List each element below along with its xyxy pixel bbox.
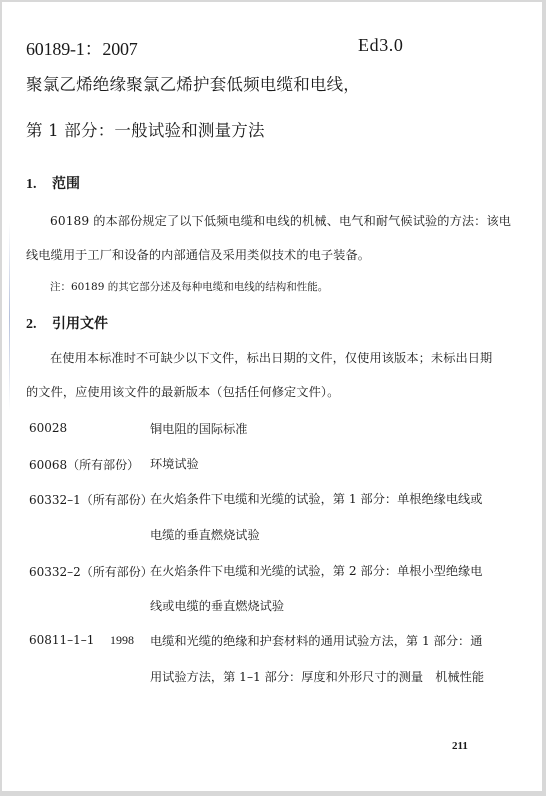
reference-description-line-1: 在火焰条件下电缆和光缆的试验，第 1 部分：单根绝缘电线或 [150, 490, 482, 507]
section-number: 1. [26, 177, 52, 193]
reference-id: 60332–1（所有部份） [29, 491, 153, 508]
document-title-line-2: 第 1 部分：一般试验和测量方法 [26, 117, 265, 141]
reference-id: 60068（所有部份） [29, 456, 139, 473]
reference-description-line-2: 线或电缆的垂直燃烧试验 [150, 597, 284, 614]
section-title: 范围 [52, 176, 80, 192]
section-title: 引用文件 [52, 316, 108, 332]
reference-description: 铜电阻的国际标准 [150, 420, 248, 437]
reference-description: 环境试验 [150, 455, 199, 472]
document-title-line-1: 聚氯乙烯绝缘聚氯乙烯护套低频电缆和电线， [26, 71, 360, 95]
reference-id: 60028 [29, 421, 67, 435]
scope-paragraph-line-2: 线电缆用于工厂和设备的内部通信及采用类似技术的电子装备。 [26, 246, 370, 263]
scope-paragraph-line-1: 60189 的本部份规定了以下低频电缆和电线的机械、电气和耐气候试验的方法：该电 [50, 212, 511, 229]
references-paragraph-line-2: 的文件，应使用该文件的最新版本（包括任何修定文件）。 [26, 383, 339, 400]
reference-id: 60811–1–1 [29, 633, 94, 647]
reference-description-line-1: 电缆和光缆的绝缘和护套材料的通用试验方法，第 1 部分：通 [150, 632, 482, 649]
reference-description-line-1: 在火焰条件下电缆和光缆的试验，第 2 部分：单根小型绝缘电 [150, 562, 482, 579]
reference-description-line-2: 用试验方法，第 1–1 部分：厚度和外形尺寸的测量 机械性能 [150, 668, 484, 685]
section-heading-references: 2.引用文件 [26, 313, 108, 333]
page-number: 211 [452, 740, 468, 752]
reference-year: 1998 [110, 633, 134, 648]
section-number: 2. [26, 317, 52, 333]
scope-note: 注：60189 的其它部分述及每种电缆和电线的结构和性能。 [50, 279, 328, 294]
scan-artifact-line [9, 222, 10, 412]
edition-label: Ed3.0 [358, 35, 404, 56]
document-id: 60189-1：2007 [26, 35, 138, 61]
reference-description-line-2: 电缆的垂直燃烧试验 [150, 526, 260, 543]
reference-id: 60332–2（所有部份） [29, 563, 153, 580]
document-page: 60189-1：2007 Ed3.0 聚氯乙烯绝缘聚氯乙烯护套低频电缆和电线， … [2, 2, 542, 791]
section-heading-scope: 1.范围 [26, 173, 80, 193]
references-paragraph-line-1: 在使用本标准时不可缺少以下文件，标出日期的文件，仅使用该版本；未标出日期 [50, 349, 492, 366]
